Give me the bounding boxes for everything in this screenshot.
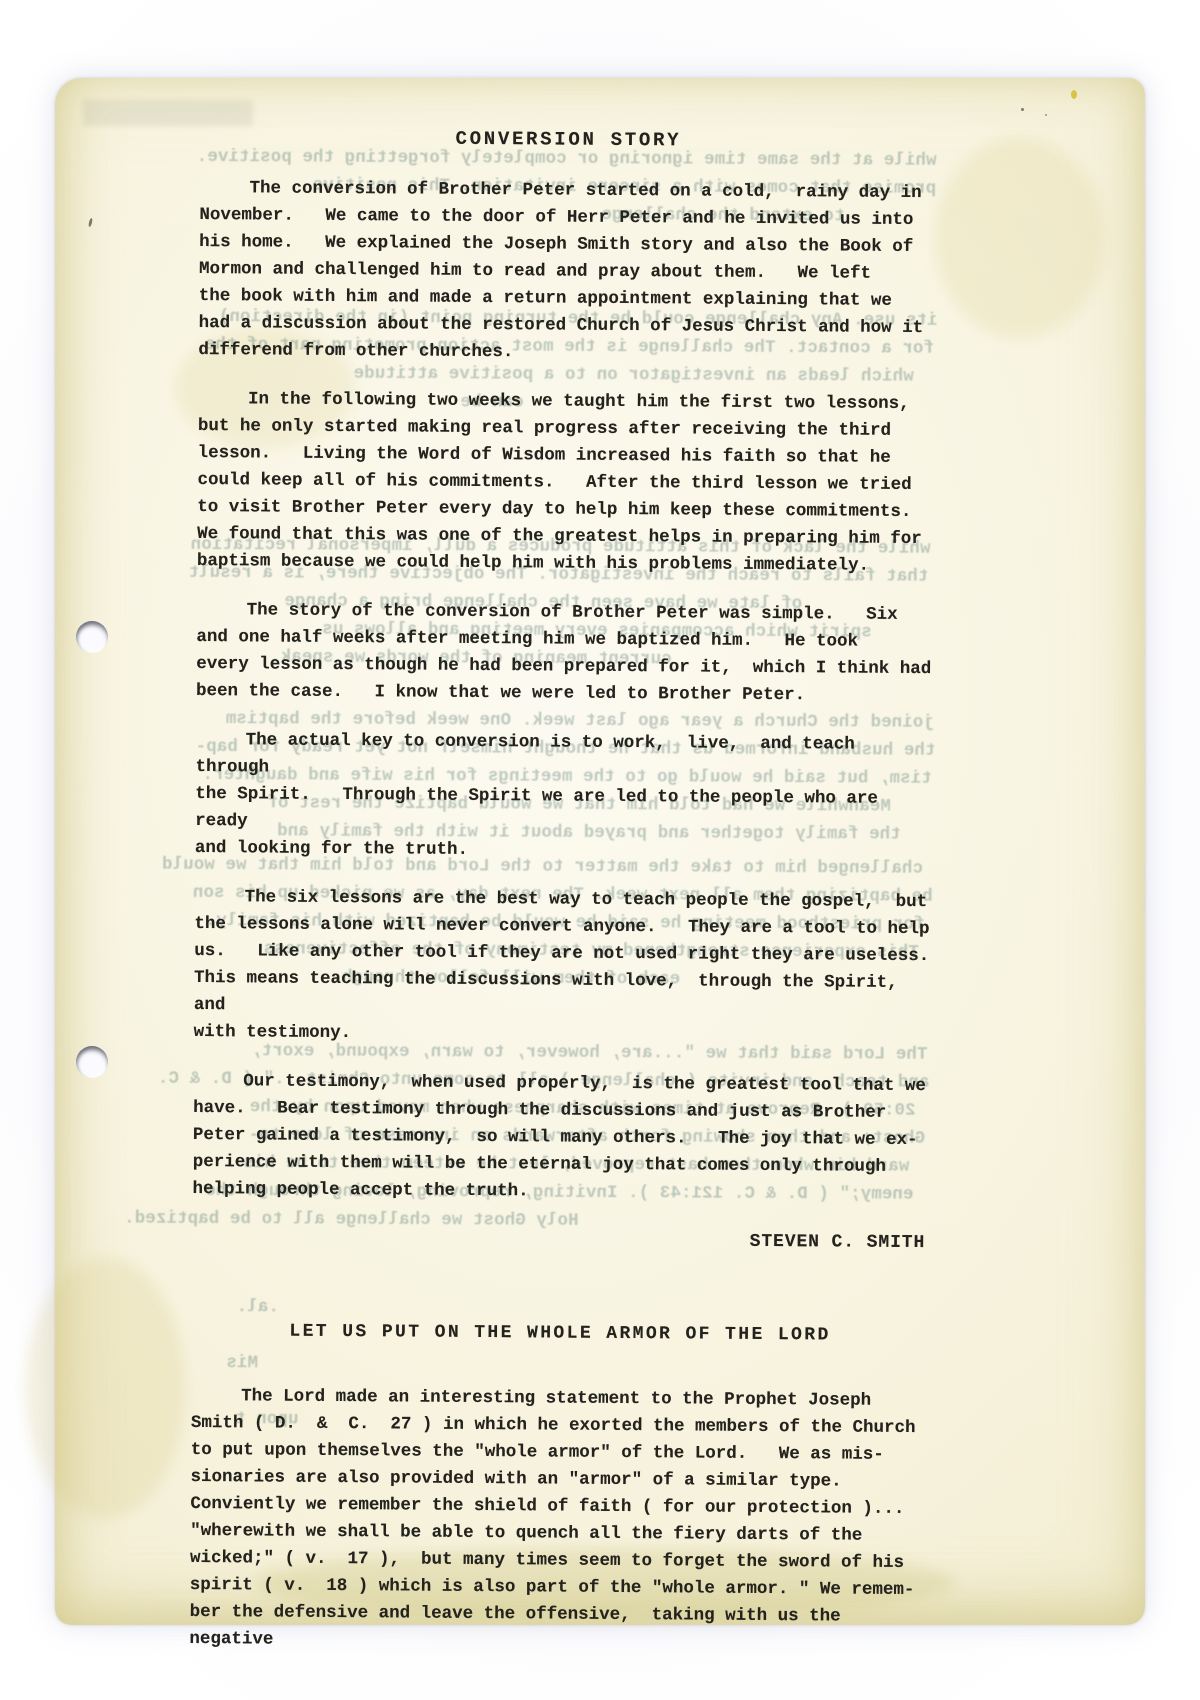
paragraph-7: The Lord made an interesting statement t… — [189, 1383, 928, 1658]
pen-mark — [88, 218, 93, 227]
section-heading: LET US PUT ON THE WHOLE ARMOR OF THE LOR… — [191, 1318, 928, 1350]
hole-punch-top — [76, 621, 108, 653]
paragraph-3: The story of the conversion of Brother P… — [196, 597, 934, 710]
scanned-document-page: while at the same time ignoring or compl… — [55, 78, 1145, 1625]
ink-speck — [1071, 90, 1077, 99]
paragraph-1: The conversion of Brother Peter started … — [198, 175, 936, 369]
paragraph-4: The actual key to conversion is to work,… — [195, 727, 933, 867]
ink-speck — [1021, 108, 1024, 111]
ink-speck — [1045, 114, 1047, 116]
typed-text-block: CONVERSION STORY The conversion of Broth… — [189, 124, 937, 1680]
hole-punch-bottom — [76, 1046, 108, 1078]
document-title: CONVERSION STORY — [200, 124, 937, 156]
paper-stain — [935, 138, 1105, 338]
paragraph-6: Our testimony, when used properly, is th… — [192, 1068, 930, 1208]
author-signature: STEVEN C. SMITH — [192, 1225, 929, 1257]
paragraph-5: The six lessons are the best way to teac… — [194, 884, 932, 1051]
scan-smudge — [83, 100, 253, 126]
paragraph-2: In the following two weeks we taught him… — [197, 386, 935, 580]
